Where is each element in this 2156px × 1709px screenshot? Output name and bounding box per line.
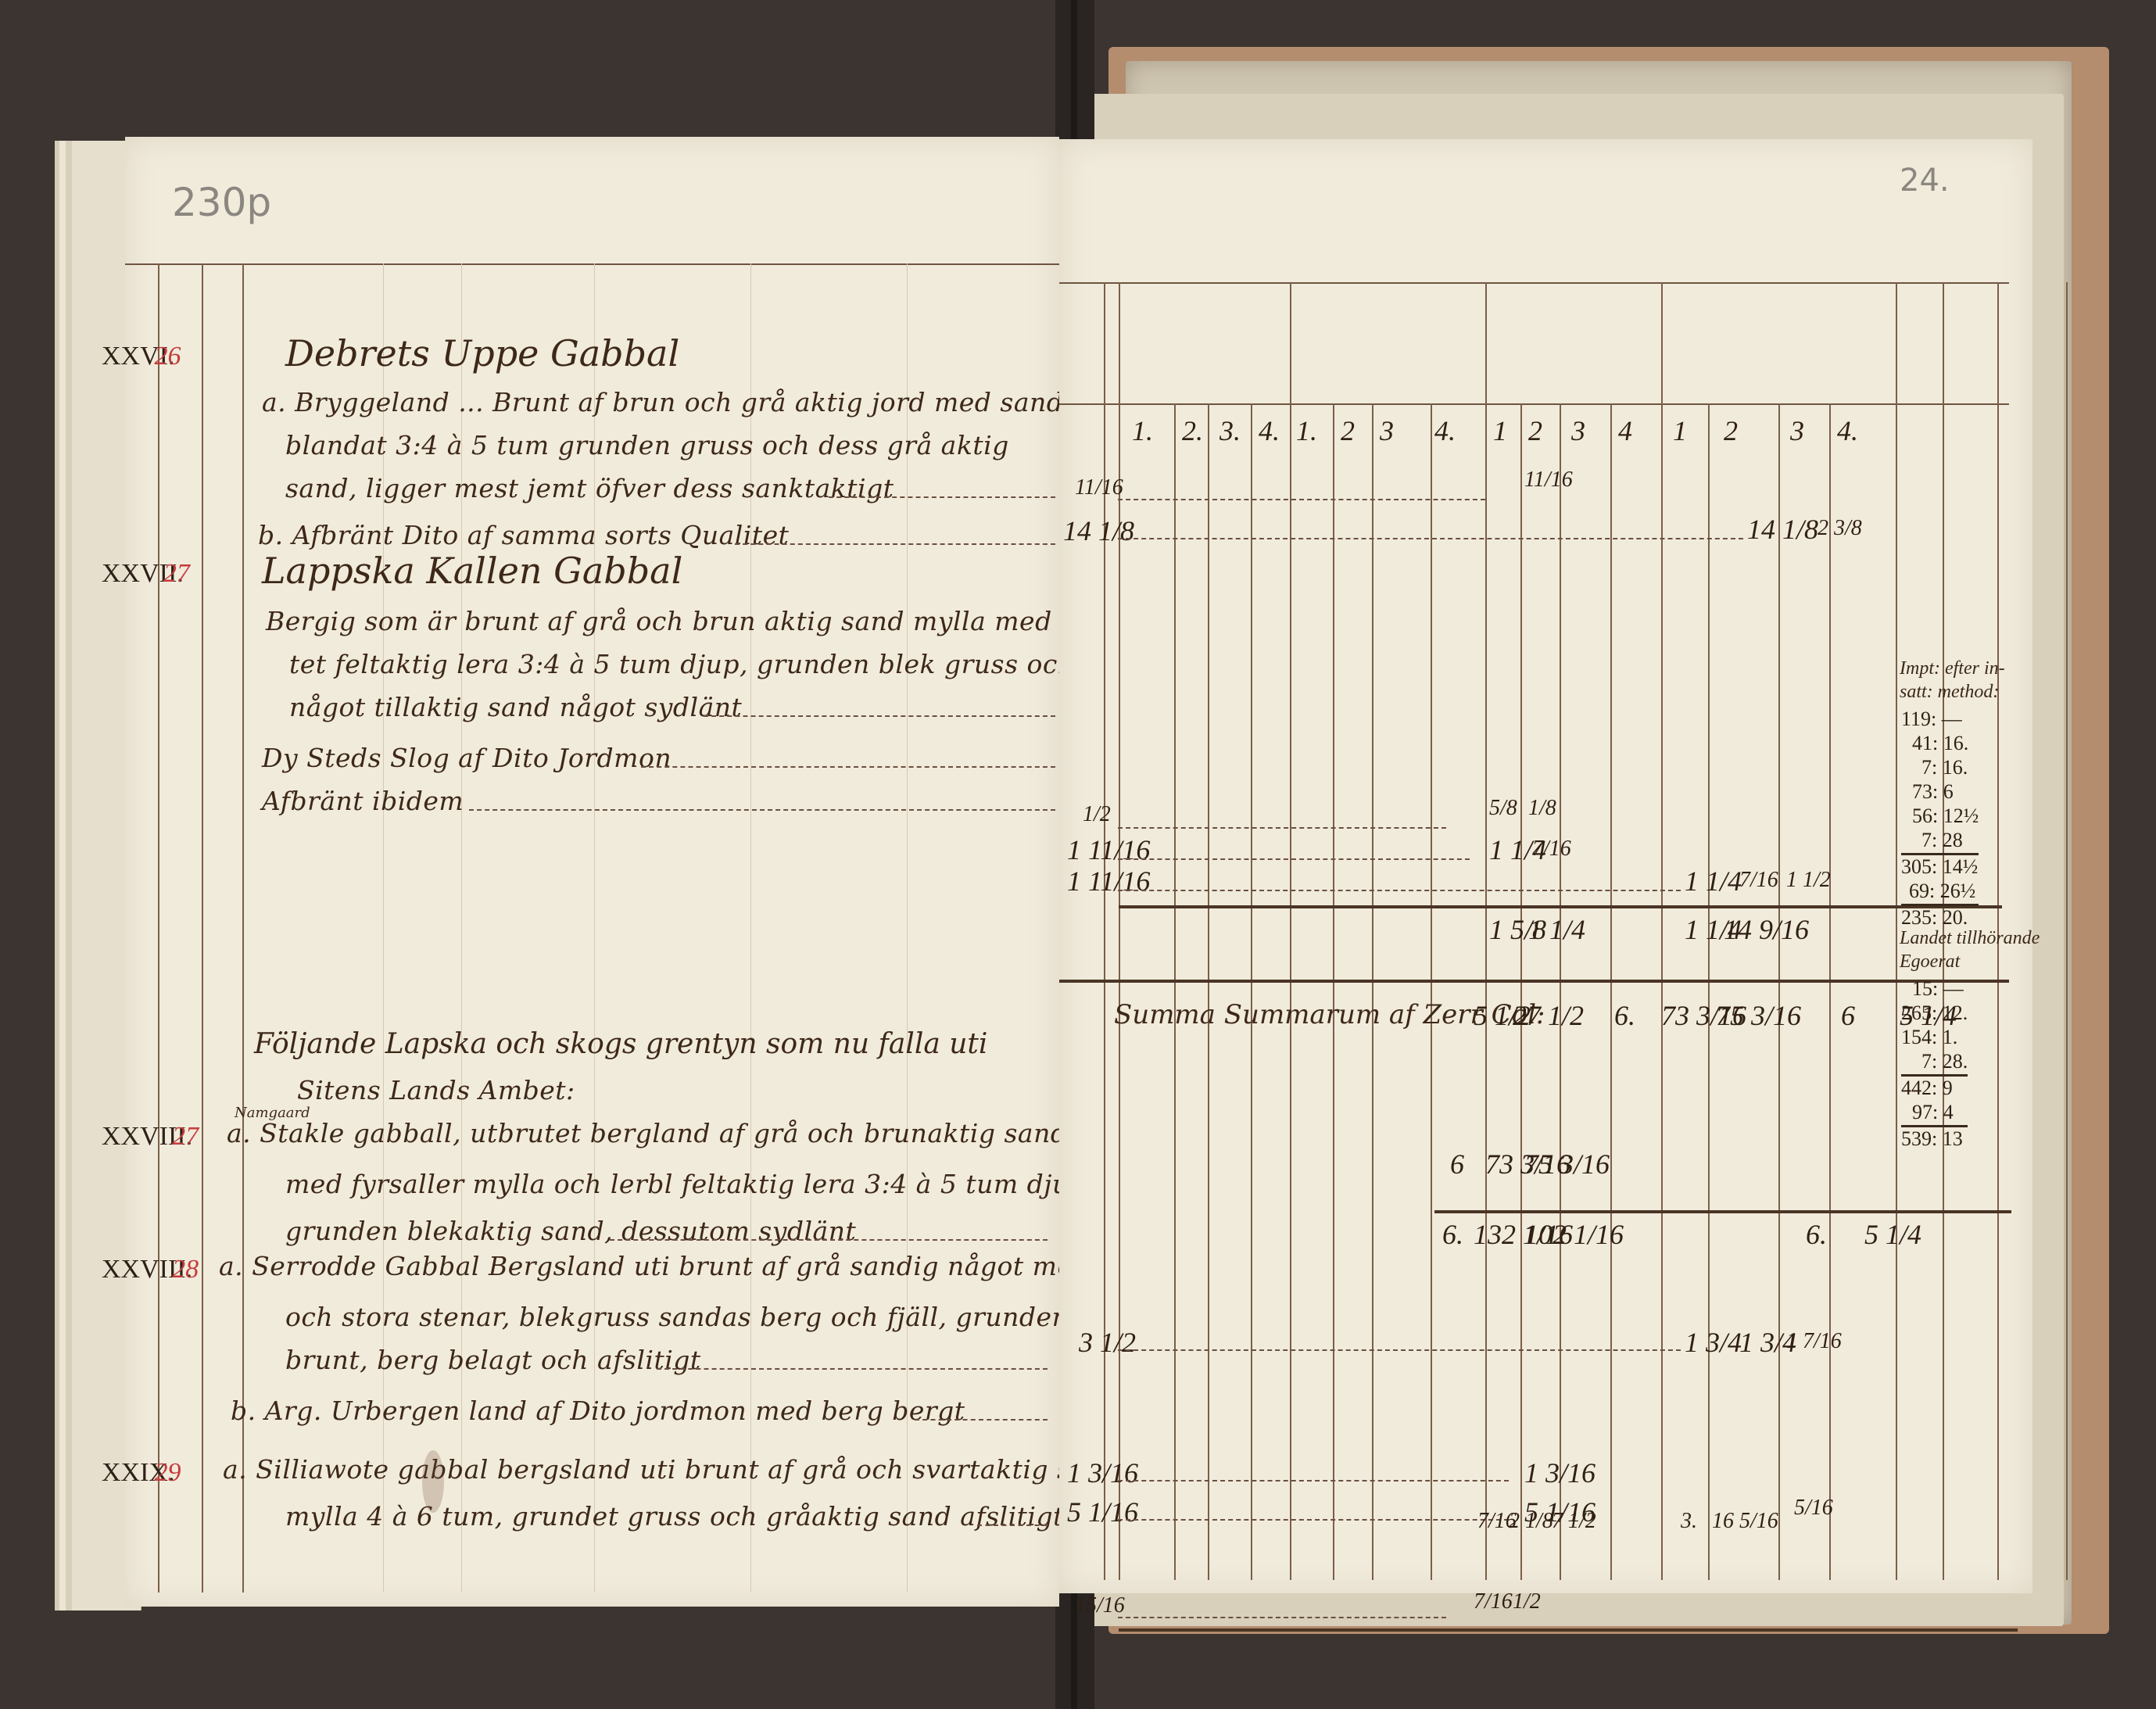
leader-dots bbox=[829, 496, 1055, 498]
entry-sub-b: b. Afbränt Dito af samma sorts Qualitet bbox=[258, 520, 789, 550]
final-value: 7 1/2 bbox=[1552, 1509, 1596, 1534]
cell-value: 1/2 bbox=[1513, 1589, 1541, 1614]
calc-value: 7: 16. bbox=[1901, 756, 1979, 780]
row-value: 1 11/16 bbox=[1067, 865, 1150, 897]
entry-sub-c: Afbränt ibidem bbox=[262, 786, 464, 816]
leader-dots bbox=[1118, 890, 1681, 891]
summa-rule bbox=[1059, 980, 2009, 983]
leader-dots bbox=[915, 1419, 1048, 1421]
folio-number: 24. bbox=[1900, 163, 1950, 199]
col-rule bbox=[1708, 403, 1710, 1580]
calc-subtract: 97: 4 bbox=[1901, 1101, 1968, 1125]
col-rule bbox=[1778, 403, 1780, 1580]
cell-value: 5/8 bbox=[1489, 796, 1517, 821]
row-value: 15/16 bbox=[1075, 1593, 1125, 1618]
leader-dots bbox=[977, 1524, 1048, 1526]
calc-result: 539: 13 bbox=[1901, 1125, 1968, 1152]
top-rule bbox=[1059, 282, 2009, 284]
cell-value: 1 7/16 bbox=[1786, 1329, 1842, 1354]
margin-rule-3 bbox=[242, 263, 244, 1593]
entry-line: a. Silliawote gabbal bergsland uti brunt… bbox=[223, 1454, 1120, 1485]
col-rule bbox=[1485, 282, 1487, 1580]
summa-value: 75 3/16 bbox=[1716, 999, 1801, 1032]
col-header: 3 bbox=[1790, 414, 1804, 447]
col-rule bbox=[1431, 403, 1432, 1580]
cell-value: 1 1/2 bbox=[1786, 868, 1831, 893]
calc-value: 73: 6 bbox=[1901, 780, 1979, 804]
entry-number-27b: XXVIII.27 bbox=[102, 1122, 199, 1152]
leader-dots bbox=[704, 715, 1055, 717]
leader-dots bbox=[1118, 858, 1470, 860]
calc-value: 154: 1. bbox=[1901, 1026, 1968, 1050]
leader-dots bbox=[469, 809, 1055, 811]
leader-dots bbox=[1118, 499, 1485, 500]
subtotal-value: 6 bbox=[1450, 1148, 1464, 1181]
entry-line: Bergig som är brunt af grå och brun akti… bbox=[266, 606, 1087, 636]
leader-dots bbox=[641, 766, 1055, 768]
col-header: 2 bbox=[1341, 414, 1355, 447]
col-header: 1 bbox=[1493, 414, 1507, 447]
subtotal-value: 75 3/16 bbox=[1524, 1148, 1610, 1181]
side-calculation: 119: — 41: 16. 7: 16. 73: 6 56: 12½ 7: 2… bbox=[1901, 708, 1979, 930]
leader-dots bbox=[657, 1368, 1048, 1370]
cell-value: 5/16 bbox=[1794, 1496, 1833, 1521]
cell-value: 11/16 bbox=[1524, 468, 1573, 493]
col-header: 3 bbox=[1380, 414, 1394, 447]
cell-value: 7/16 bbox=[1532, 837, 1571, 862]
col-rule bbox=[1610, 403, 1612, 1580]
col-rule bbox=[1251, 403, 1252, 1580]
col-header: 4. bbox=[1259, 414, 1280, 447]
row-value: 1 3/16 bbox=[1067, 1456, 1138, 1489]
col-rule bbox=[2066, 282, 2068, 1580]
cell-value: 2 3/8 bbox=[1818, 516, 1862, 541]
leader-dots bbox=[1118, 538, 1743, 539]
col-header: 4. bbox=[1837, 414, 1858, 447]
cell-value: 1 3/16 bbox=[1524, 1456, 1596, 1489]
total-value: 6. bbox=[1442, 1218, 1463, 1251]
entry-number-26: XXVI.26 bbox=[102, 342, 181, 371]
side-note-2: Landet tillhörande Egoerat bbox=[1900, 926, 2040, 973]
pencil-folio-number: 230p bbox=[172, 180, 271, 225]
entry-line: och stora stenar, blekgruss sandas berg … bbox=[285, 1302, 1069, 1332]
left-page: 230p XXVI.26 Debrets Uppe Gabbal a. Bryg… bbox=[125, 137, 1059, 1607]
margin-rule-2 bbox=[202, 263, 203, 1593]
cell-value: 14 1/8 bbox=[1747, 513, 1818, 546]
faint-col bbox=[907, 263, 908, 1593]
calc-value: 265: 12. bbox=[1901, 1001, 1968, 1026]
leader-dots bbox=[1118, 827, 1446, 829]
entry-line: sand, ligger mest jemt öfver dess sankta… bbox=[285, 473, 894, 503]
entry-line: brunt, berg belagt och afslitigt bbox=[285, 1345, 701, 1375]
col-header: 3. bbox=[1219, 414, 1241, 447]
final-rule bbox=[1119, 1628, 2018, 1632]
col-header: 2 bbox=[1724, 414, 1738, 447]
col-header: 4. bbox=[1434, 414, 1456, 447]
calc-value: 56: 12½ bbox=[1901, 804, 1979, 829]
entry-sub-b: b. Arg. Urbergen land af Dito jordmon me… bbox=[231, 1396, 965, 1426]
cell-value: 1 3/4 bbox=[1685, 1326, 1742, 1359]
top-rule bbox=[125, 263, 1059, 265]
col-rule bbox=[1372, 403, 1373, 1580]
leader-dots bbox=[1118, 1480, 1509, 1481]
col-rule bbox=[1520, 403, 1522, 1580]
col-header: 1. bbox=[1132, 414, 1153, 447]
entry-line: med fyrsaller mylla och lerbl feltaktig … bbox=[285, 1169, 1097, 1199]
calc-value: 7: 28 bbox=[1901, 829, 1979, 853]
summa-value: 6. bbox=[1614, 999, 1635, 1032]
col-rule bbox=[1174, 403, 1176, 1580]
entry-line: a. Serrodde Gabbal Bergsland uti brunt a… bbox=[219, 1251, 1086, 1281]
col-rule bbox=[1661, 282, 1663, 1580]
cell-value: 1/8 bbox=[1528, 796, 1556, 821]
calc-subtract: 69: 26½ bbox=[1901, 880, 1979, 904]
ink-blot bbox=[422, 1450, 444, 1513]
entry-line: a. Bryggeland ... Brunt af brun och grå … bbox=[262, 387, 1114, 417]
right-page: 24. 1. 2. 3. 4. 1. 2 3 4. 1 2 3 4 1 2 3 … bbox=[1059, 139, 2032, 1593]
entry-title-26: Debrets Uppe Gabbal bbox=[285, 332, 679, 374]
faint-col bbox=[461, 263, 462, 1593]
final-value: 16 5/16 bbox=[1712, 1509, 1778, 1534]
entry-number-28: XXVIII.28 bbox=[102, 1255, 199, 1284]
total-value: 5 1/4 bbox=[1864, 1218, 1921, 1251]
side-calculation-2: 15: — 265: 12. 154: 1. 7: 28. 442: 9 97:… bbox=[1901, 977, 1968, 1152]
col-rule bbox=[1896, 282, 1897, 1580]
col-rule bbox=[1208, 403, 1209, 1580]
final-value: 2 1/8 bbox=[1509, 1509, 1553, 1534]
total-rule bbox=[1434, 1210, 2011, 1213]
note-title-2: Sitens Lands Ambet: bbox=[297, 1075, 575, 1105]
calc-total: 442: 9 bbox=[1901, 1074, 1968, 1101]
entry-line: grunden blekaktig sand, dessutom sydlänt bbox=[285, 1216, 856, 1246]
col-header: 3 bbox=[1571, 414, 1585, 447]
row-value: 11/16 bbox=[1075, 475, 1123, 500]
calc-value: 7: 28. bbox=[1901, 1050, 1968, 1074]
col-header: 1. bbox=[1296, 414, 1317, 447]
entry-line: tet feltaktig lera 3:4 à 5 tum djup, gru… bbox=[289, 649, 1075, 679]
col-header: 2 bbox=[1528, 414, 1542, 447]
cell-value: 7/16 bbox=[1739, 868, 1778, 893]
calc-value: 41: 16. bbox=[1901, 732, 1979, 756]
entry-number-29: XXIX.29 bbox=[102, 1458, 181, 1488]
entry-number-27: XXVII.27 bbox=[102, 559, 190, 589]
margin-rule-1 bbox=[158, 263, 159, 1593]
entry-line: något tillaktig sand något sydlänt bbox=[289, 692, 742, 722]
col-header: 2. bbox=[1182, 414, 1203, 447]
header-rule bbox=[1059, 403, 2009, 405]
summa-value: 27 1/2 bbox=[1513, 999, 1584, 1032]
leader-dots bbox=[1118, 1519, 1509, 1521]
row-value: 14 1/8 bbox=[1063, 514, 1134, 547]
row-value: 1/2 bbox=[1083, 802, 1111, 827]
entry-line: mylla 4 à 6 tum, grundet gruss och gråak… bbox=[285, 1501, 1157, 1532]
cell-value: 1 1/4 bbox=[1685, 865, 1742, 897]
faint-col bbox=[383, 263, 384, 1593]
cell-value: 7/16 bbox=[1474, 1589, 1513, 1614]
note-title: Följande Lapska och skogs grentyn som nu… bbox=[254, 1028, 987, 1060]
calc-value: 15: — bbox=[1901, 977, 1968, 1001]
entry-line: blandat 3:4 à 5 tum grunden gruss och de… bbox=[285, 430, 1009, 460]
final-value: 3. bbox=[1681, 1509, 1697, 1534]
cell-value: 1 1/4 bbox=[1528, 913, 1585, 946]
col-rule bbox=[1333, 403, 1334, 1580]
col-rule bbox=[1560, 403, 1561, 1580]
side-note-heading: Impt: efter in- satt: method: bbox=[1900, 657, 2005, 704]
faint-col bbox=[750, 263, 751, 1593]
entry-line: a. Stakle gabball, utbrutet bergland af … bbox=[227, 1118, 1067, 1148]
row-value: 5 1/16 bbox=[1067, 1496, 1138, 1528]
leader-dots bbox=[1118, 1349, 1681, 1351]
col-header: 1 bbox=[1673, 414, 1687, 447]
calc-total: 305: 14½ bbox=[1901, 853, 1979, 880]
subtotal-rule bbox=[1119, 905, 2002, 908]
entry-sub-b: Dy Steds Slog af Dito Jordmon bbox=[262, 743, 672, 773]
faint-col bbox=[594, 263, 595, 1593]
row-value: 3 1/2 bbox=[1079, 1326, 1136, 1359]
leader-dots bbox=[610, 1239, 1048, 1241]
calc-value: 119: — bbox=[1901, 708, 1979, 732]
entry-title-27: Lappska Kallen Gabbal bbox=[262, 550, 682, 592]
leader-dots bbox=[735, 543, 1055, 545]
cell-value: 14 9/16 bbox=[1724, 913, 1809, 946]
row-value: 1 11/16 bbox=[1067, 833, 1150, 866]
total-value: 102 1/16 bbox=[1524, 1218, 1624, 1251]
leader-dots bbox=[1118, 1617, 1446, 1618]
col-rule bbox=[1290, 282, 1291, 1580]
col-rule bbox=[1829, 403, 1831, 1580]
total-value: 6. bbox=[1806, 1218, 1827, 1251]
col-header: 4 bbox=[1618, 414, 1632, 447]
summa-value: 6 bbox=[1841, 999, 1855, 1032]
